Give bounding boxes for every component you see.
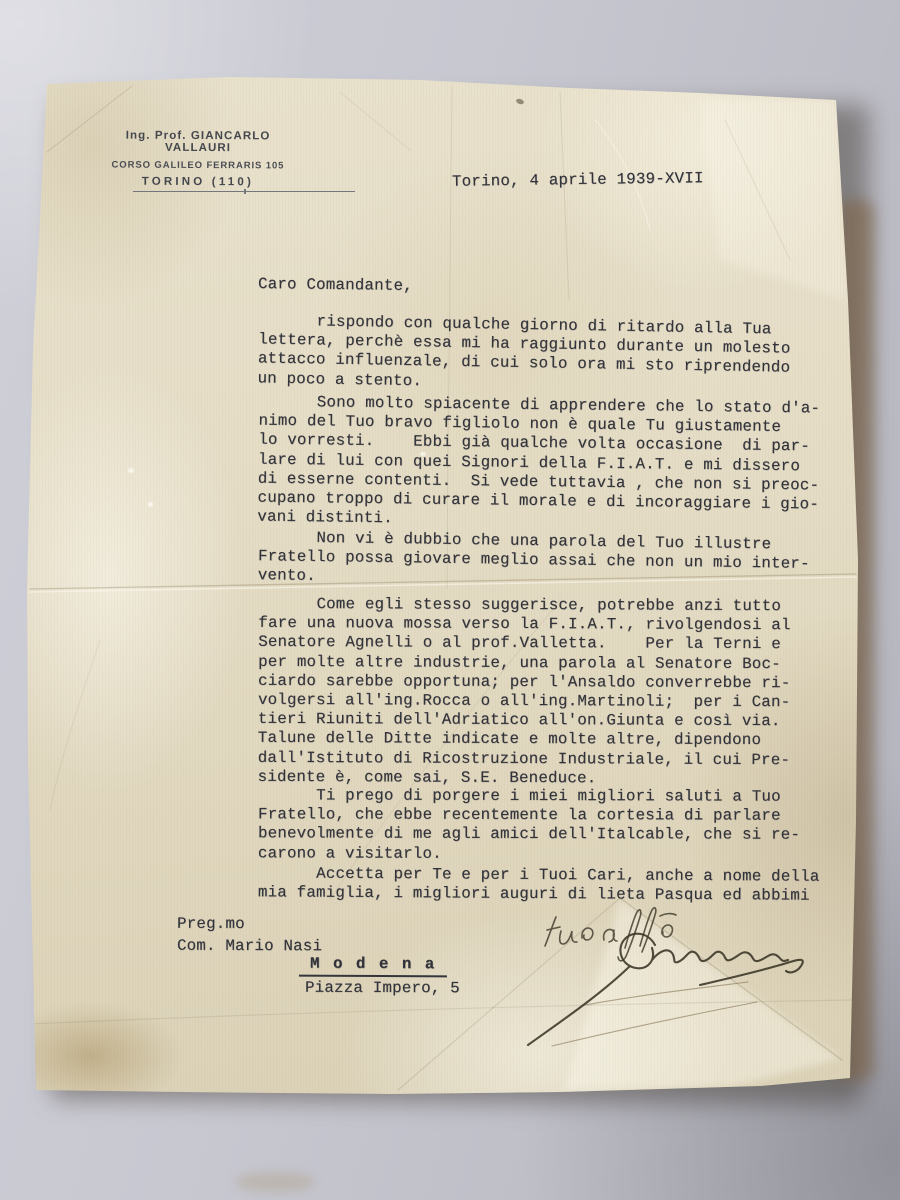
paragraph-2: Sono molto spiacente di apprendere che l… bbox=[257, 393, 820, 534]
letter-paper: Ing. Prof. GIANCARLO VALLAURI CORSO GALI… bbox=[0, 0, 900, 1200]
letterhead-rule bbox=[133, 191, 355, 192]
paragraph-3: Non vi è dubbio che una parola del Tuo i… bbox=[258, 528, 811, 593]
signature-scrawl bbox=[528, 934, 803, 1045]
paragraph-1: rispondo con qualche giorno di ritardo a… bbox=[257, 311, 791, 397]
letterhead-name: Ing. Prof. GIANCARLO VALLAURI bbox=[100, 129, 296, 154]
letterhead-city: TORINO (110) bbox=[100, 175, 296, 188]
paragraph-6: Accetta per Te e per i Tuoi Cari, anche … bbox=[258, 864, 820, 906]
fold-facets bbox=[565, 100, 846, 1090]
paper-pock-mark bbox=[128, 468, 134, 473]
recipient-address: Piazza Impero, 5 bbox=[305, 979, 460, 999]
recipient-city-text: M o d e n a bbox=[299, 955, 447, 978]
paragraph-5: Ti prego di porgere i miei migliori salu… bbox=[258, 786, 800, 864]
letterhead: Ing. Prof. GIANCARLO VALLAURI CORSO GALI… bbox=[100, 129, 296, 188]
paper-speck bbox=[515, 98, 524, 105]
date-line: Torino, 4 aprile 1939-XVII bbox=[452, 169, 704, 192]
signature-area bbox=[480, 880, 900, 1070]
paragraph-4: Come egli stesso suggerisce, potrebbe an… bbox=[258, 595, 791, 789]
recipient-block: Preg.mo Com. Mario Nasi bbox=[177, 914, 322, 958]
paper-stain bbox=[28, 1002, 183, 1100]
paper-pock-mark bbox=[148, 502, 153, 507]
handwritten-closing bbox=[545, 908, 676, 961]
recipient-city: M o d e n a bbox=[299, 955, 447, 974]
letterhead-street: CORSO GALILEO FERRARIS 105 bbox=[100, 159, 296, 171]
signature-flourish bbox=[552, 982, 757, 1046]
salutation: Caro Comandante, bbox=[258, 275, 413, 296]
photo-background: Ing. Prof. GIANCARLO VALLAURI CORSO GALI… bbox=[0, 0, 900, 1200]
background-smudge bbox=[235, 1172, 315, 1192]
